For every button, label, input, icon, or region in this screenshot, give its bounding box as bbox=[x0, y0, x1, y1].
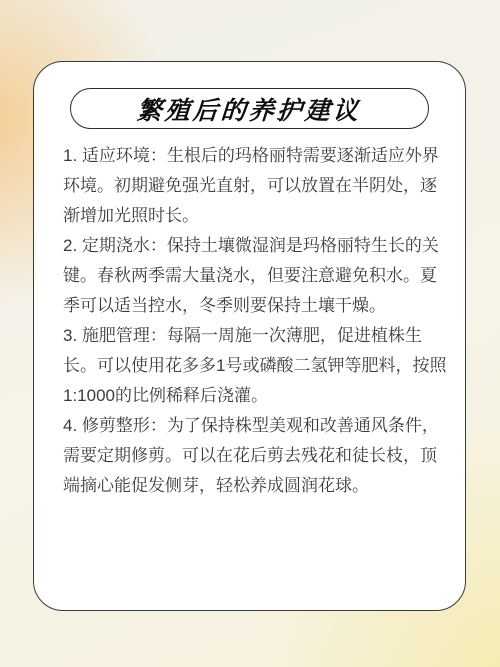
advice-item-fertilizing: 3. 施肥管理：每隔一周施一次薄肥，促进植株生长。可以使用花多多1号或磷酸二氢钾… bbox=[63, 321, 453, 411]
card-body: 1. 适应环境：生根后的玛格丽特需要逐渐适应外界环境。初期避免强光直射，可以放置… bbox=[63, 141, 453, 501]
advice-item-regular-watering: 2. 定期浇水：保持土壤微湿润是玛格丽特生长的关键。春秋两季需大量浇水，但要注意… bbox=[63, 231, 453, 321]
care-advice-card: 繁殖后的养护建议 1. 适应环境：生根后的玛格丽特需要逐渐适应外界环境。初期避免… bbox=[33, 61, 466, 611]
title-badge: 繁殖后的养护建议 bbox=[70, 88, 429, 129]
advice-item-adapt-environment: 1. 适应环境：生根后的玛格丽特需要逐渐适应外界环境。初期避免强光直射，可以放置… bbox=[63, 141, 453, 231]
card-title: 繁殖后的养护建议 bbox=[136, 91, 363, 127]
advice-item-pruning: 4. 修剪整形：为了保持株型美观和改善通风条件，需要定期修剪。可以在花后剪去残花… bbox=[63, 411, 453, 501]
